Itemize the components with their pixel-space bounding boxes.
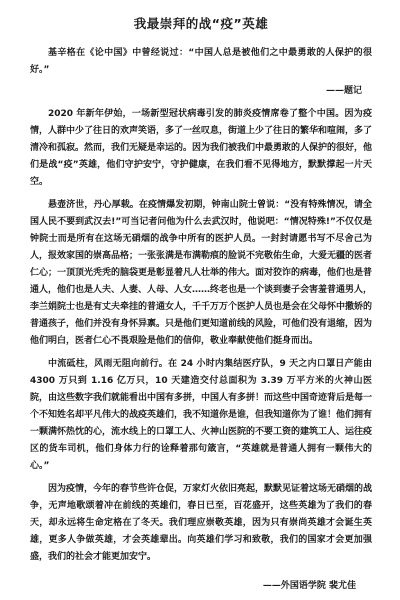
- epigraph-quote: 基辛格在《论中国》中曾经说过：“中国人总是被他们之中最勇敢的人保护的很好。”: [30, 45, 372, 79]
- essay-paragraph: 因为疫情，今年的春节些许仓促，万家灯火依旧亮起，默默见证着这场无硝烟的战争，无声…: [30, 481, 372, 566]
- document-page: 我最崇拜的战“疫”英雄 基辛格在《论中国》中曾经说过：“中国人总是被他们之中最勇…: [0, 0, 400, 600]
- essay-paragraph: 2020 年新年伊始，一场新型冠状病毒引发的肺炎疫情席卷了整个中国。因为疫情，人…: [30, 106, 372, 191]
- essay-title: 我最崇拜的战“疫”英雄: [30, 14, 372, 32]
- essay-paragraph: 悬壶济世，丹心厚载。在疫情爆发初期，钟南山院士曾说：“没有特殊情况，请全国人民不…: [30, 197, 372, 350]
- epigraph-attribution: ——题记: [30, 83, 372, 96]
- essay-paragraph: 中流砥柱，风雨无阻向前行。在 24 小时内集结医疗队，9 天之内口罩日产能由 4…: [30, 356, 372, 475]
- signature: ——外国语学院 裴尤佳: [30, 578, 372, 591]
